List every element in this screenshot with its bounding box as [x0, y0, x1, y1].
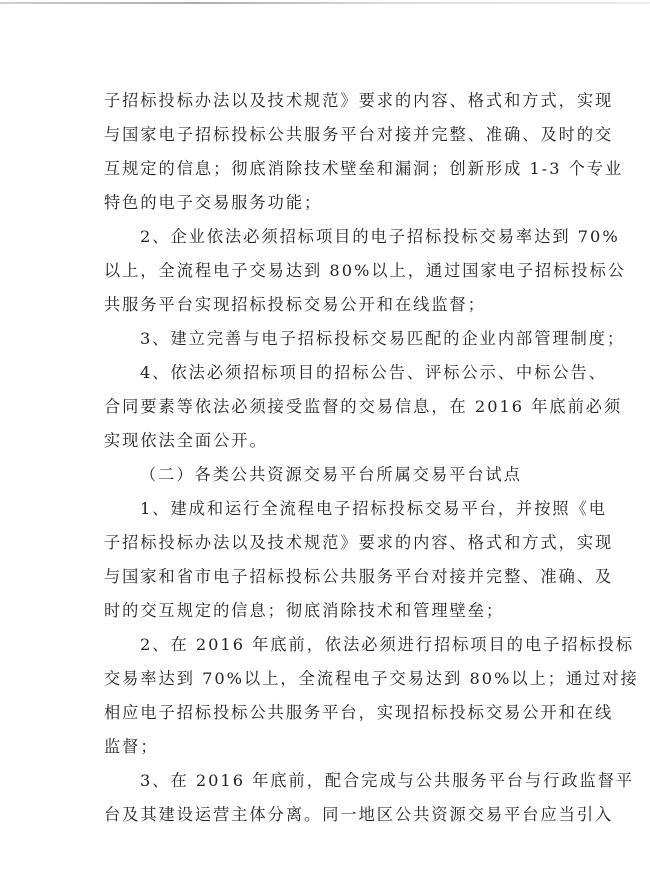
text-line: 实现依法全面公开。 [104, 424, 544, 458]
text-line: 子招标投标办法以及技术规范》要求的内容、格式和方式，实现 [104, 526, 544, 560]
text-line: 互规定的信息；彻底消除技术壁垒和漏洞；创新形成 1-3 个专业 [104, 152, 544, 186]
text-line: 相应电子招标投标公共服务平台，实现招标投标交易公开和在线 [104, 696, 544, 730]
section-heading: （二）各类公共资源交易平台所属交易平台试点 [104, 458, 544, 492]
text-line: 时的交互规定的信息；彻底消除技术和管理壁垒； [104, 594, 544, 628]
text-line: 与国家和省市电子招标投标公共服务平台对接并完整、准确、及 [104, 560, 544, 594]
list-item-start: 2、在 2016 年底前，依法必须进行招标项目的电子招标投标 [104, 628, 544, 662]
text-line: 特色的电子交易服务功能； [104, 186, 544, 220]
text-line: 子招标投标办法以及技术规范》要求的内容、格式和方式，实现 [104, 84, 544, 118]
scan-border-edge [0, 2, 650, 4]
list-item-start: 1、建成和运行全流程电子招标投标交易平台，并按照《电 [104, 492, 544, 526]
list-item-start: 3、建立完善与电子招标投标交易匹配的企业内部管理制度； [104, 322, 544, 356]
text-line: 共服务平台实现招标投标交易公开和在线监督； [104, 288, 544, 322]
text-line: 台及其建设运营主体分离。同一地区公共资源交易平台应当引入 [104, 798, 544, 832]
list-item-start: 3、在 2016 年底前，配合完成与公共服务平台与行政监督平 [104, 764, 544, 798]
text-line: 以上，全流程电子交易达到 80%以上，通过国家电子招标投标公 [104, 254, 544, 288]
text-line: 合同要素等依法必须接受监督的交易信息，在 2016 年底前必须 [104, 390, 544, 424]
document-page: 子招标投标办法以及技术规范》要求的内容、格式和方式，实现 与国家电子招标投标公共… [104, 84, 544, 832]
text-line: 监督； [104, 730, 544, 764]
list-item-start: 4、依法必须招标项目的招标公告、评标公示、中标公告、 [104, 356, 544, 390]
list-item-start: 2、企业依法必须招标项目的电子招标投标交易率达到 70% [104, 220, 544, 254]
text-line: 与国家电子招标投标公共服务平台对接并完整、准确、及时的交 [104, 118, 544, 152]
text-line: 交易率达到 70%以上，全流程电子交易达到 80%以上；通过对接 [104, 662, 544, 696]
